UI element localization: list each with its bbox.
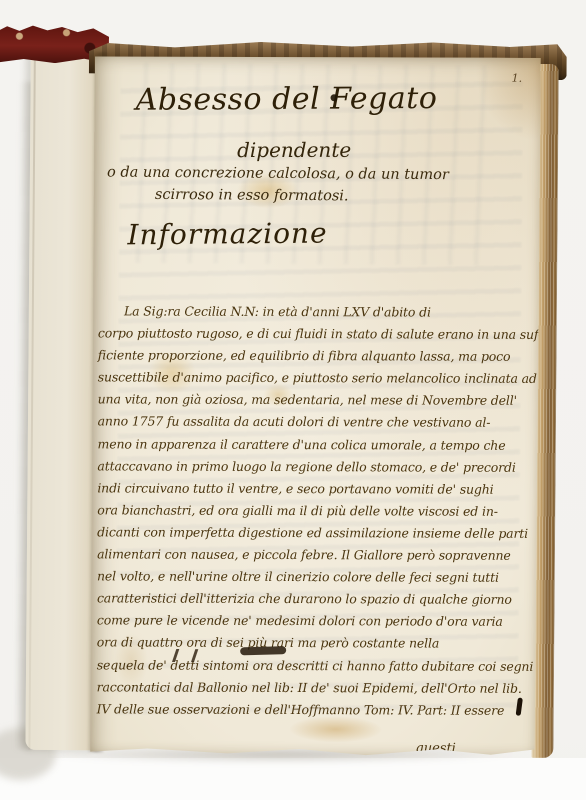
- manuscript-line: raccontatici dal Ballonio nel lib: II de…: [97, 679, 525, 703]
- title-line-3: o da una concrezione calcolosa, o da un …: [102, 164, 454, 183]
- manuscript-line: nel volto, e nell'urine oltre il cineriz…: [97, 568, 525, 592]
- ink-strikethrough: [240, 646, 286, 655]
- manuscript-line: IV delle sue osservazioni e dell'Hoffman…: [97, 701, 525, 725]
- manuscript-line: anno 1757 fu assalita da acuti dolori di…: [98, 414, 526, 438]
- page-crease: [28, 54, 35, 750]
- ink-blot: [331, 94, 338, 101]
- title-line-1: Absesso del Fegato: [112, 81, 460, 118]
- manuscript-line: ora bianchastri, ed ora gialli ma il di …: [97, 502, 525, 526]
- manuscript-line: suscettibile d'animo pacifico, e piuttos…: [98, 370, 526, 394]
- body-text: La Sig:ra Cecilia N.N: in età d'anni LXV…: [97, 303, 526, 724]
- manuscript-line: indi circuivano tutto il ventre, e seco …: [97, 480, 525, 504]
- manuscript-page: 1. Absesso del Fegato dipendente o da un…: [89, 54, 540, 757]
- manuscript-line: sequela de' detti sintomi ora descritti …: [97, 657, 525, 681]
- manuscript-line: ora di quattro ora di sei più rari ma pe…: [97, 635, 525, 659]
- manuscript-line: caratteristici dell'itterizia che duraro…: [97, 591, 525, 615]
- title-line-4: scirroso in esso formatosi.: [102, 186, 402, 204]
- manuscript-line: corpo piuttosto rugoso, e di cui fluidi …: [98, 325, 526, 349]
- title-line-2: dipendente: [154, 138, 434, 163]
- manuscript-line: meno in apparenza il carattere d'una col…: [97, 436, 525, 460]
- manuscript-line: attaccavano in primo luogo la regione de…: [97, 458, 525, 482]
- section-heading: Informazione: [127, 216, 327, 251]
- manuscript-line: La Sig:ra Cecilia N.N: in età d'anni LXV…: [98, 303, 526, 327]
- manuscript-line: ficiente proporzione, ed equilibrio di f…: [98, 348, 526, 372]
- catchword: questi: [415, 741, 456, 756]
- manuscript-line: una vita, non già oziosa, ma sedentaria,…: [98, 392, 526, 416]
- page-number: 1.: [512, 72, 523, 85]
- insertion-mark: [172, 649, 198, 662]
- manuscript-line: dicanti con imperfetta digestione ed ass…: [97, 524, 525, 548]
- photo-of-manuscript: 1. Absesso del Fegato dipendente o da un…: [0, 0, 586, 800]
- book: 1. Absesso del Fegato dipendente o da un…: [0, 0, 586, 800]
- manuscript-line: come pure le vicende ne' medesimi dolori…: [97, 613, 525, 637]
- manuscript-line: alimentari con nausea, e piccola febre. …: [97, 546, 525, 570]
